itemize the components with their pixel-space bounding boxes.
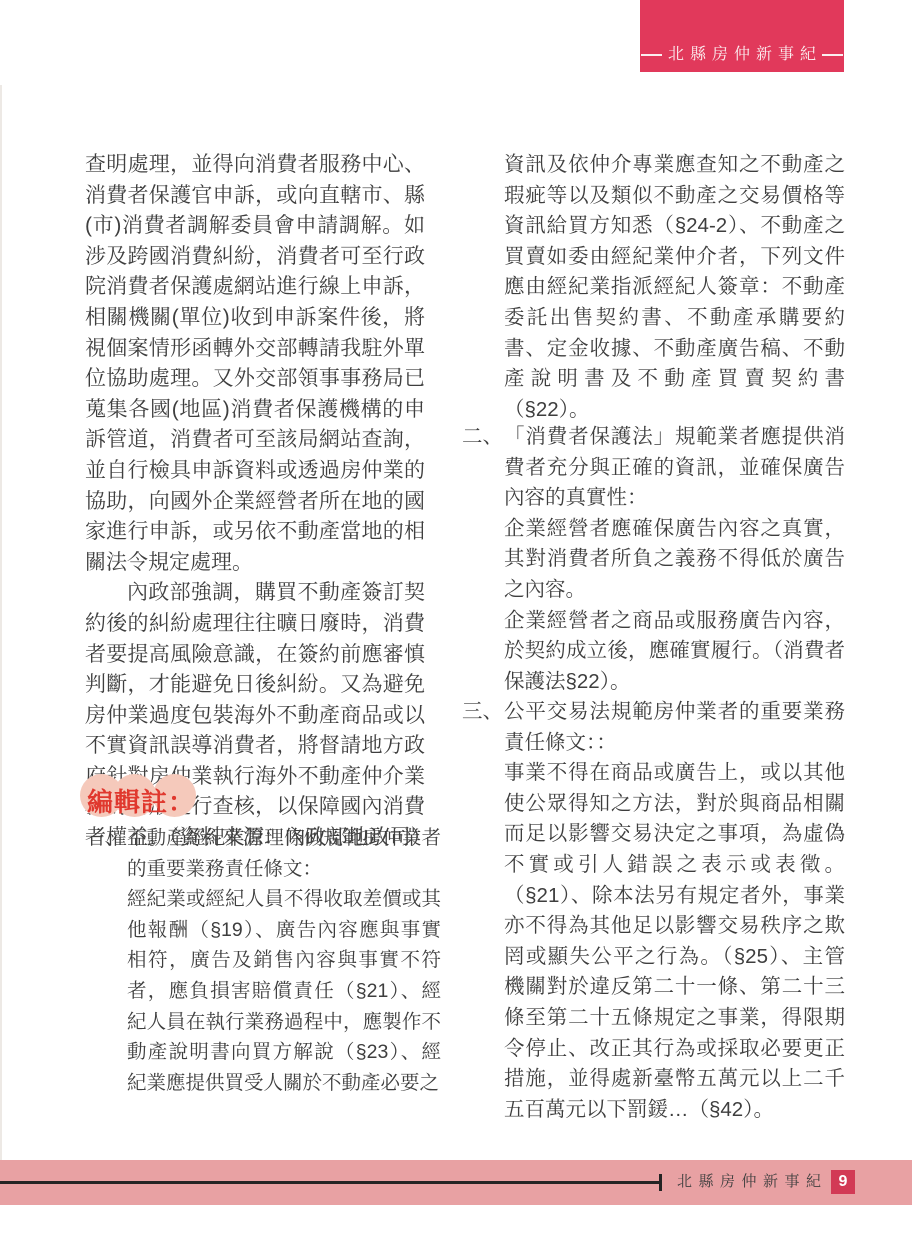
magazine-page: 北縣房仲新事紀 查明處理，並得向消費者服務中心、消費者保護官申訴，或向直轄市、縣… (0, 0, 912, 1256)
left-column: 查明處理，並得向消費者服務中心、消費者保護官申訴，或向直轄市、縣(市)消費者調解… (85, 150, 425, 854)
footer-band: 北縣房仲新事紀 9 (0, 1160, 912, 1205)
note-content: 公平交易法規範房仲業者的重要業務責任條文：：事業不得在商品或廣告上，或以其他使公… (504, 697, 845, 1125)
footer-rule-end-cap (659, 1174, 662, 1191)
banner-right-dash (822, 54, 843, 56)
note-marker: 二、 (462, 422, 504, 697)
note-item-1: 一、不動產經紀業管理條例規範房仲業者的重要業務責任條文：經紀業或經紀人員不得收取… (85, 823, 441, 1098)
note-marker: 一、 (85, 823, 127, 1098)
note-paragraph: 事業不得在商品或廣告上，或以其他使公眾得知之方法，對於與商品相關而足以影響交易決… (504, 758, 845, 1125)
note-paragraph: 經紀業或經紀人員不得收取差價或其他報酬（§19）、廣告內容應與事實相符，廣告及銷… (127, 884, 441, 1098)
note-paragraph: 企業經營者應確保廣告內容之真實，其對消費者所負之義務不得低於廣告之內容。 (504, 514, 845, 606)
editor-note-badge: 編輯註： (80, 774, 210, 818)
body-paragraph: 查明處理，並得向消費者服務中心、消費者保護官申訴，或向直轄市、縣(市)消費者調解… (85, 150, 425, 578)
note-content: 不動產經紀業管理條例規範房仲業者的重要業務責任條文：經紀業或經紀人員不得收取差價… (127, 823, 441, 1098)
note-paragraph: 資訊及依仲介專業應查知之不動產之瑕疵等以及類似不動產之交易價格等資訊給買方知悉（… (504, 150, 845, 425)
note-content: 資訊及依仲介專業應查知之不動產之瑕疵等以及類似不動產之交易價格等資訊給買方知悉（… (504, 150, 845, 425)
note-paragraph: 「消費者保護法」規範業者應提供消費者充分與正確的資訊，並確保廣告內容的真實性： (504, 422, 845, 514)
banner-left-dash (641, 54, 662, 56)
note-content: 「消費者保護法」規範業者應提供消費者充分與正確的資訊，並確保廣告內容的真實性：企… (504, 422, 845, 697)
footer-rule-line (0, 1181, 659, 1184)
header-banner: 北縣房仲新事紀 (640, 0, 844, 72)
note-marker: 三、 (462, 697, 504, 1125)
note-item-3: 三、公平交易法規範房仲業者的重要業務責任條文：：事業不得在商品或廣告上，或以其他… (462, 697, 845, 1125)
note-item-2: 二、「消費者保護法」規範業者應提供消費者充分與正確的資訊，並確保廣告內容的真實性… (462, 422, 845, 697)
note-marker (462, 150, 504, 425)
note-paragraph: 不動產經紀業管理條例規範房仲業者的重要業務責任條文： (127, 823, 441, 884)
note-paragraph: 公平交易法規範房仲業者的重要業務責任條文：： (504, 697, 845, 758)
note-item-1-continuation: 資訊及依仲介專業應查知之不動產之瑕疵等以及類似不動產之交易價格等資訊給買方知悉（… (462, 150, 845, 425)
scan-edge-line (0, 85, 2, 1160)
header-banner-inner: 北縣房仲新事紀 (641, 47, 843, 63)
editor-note-label: 編輯註： (87, 782, 195, 819)
page-number-badge: 9 (831, 1170, 855, 1194)
footer-title: 北縣房仲新事紀 (677, 1174, 828, 1190)
header-banner-title: 北縣房仲新事紀 (662, 47, 822, 63)
note-paragraph: 企業經營者之商品或服務廣告內容，於契約成立後，應確實履行。（消費者保護法§22）… (504, 606, 845, 698)
